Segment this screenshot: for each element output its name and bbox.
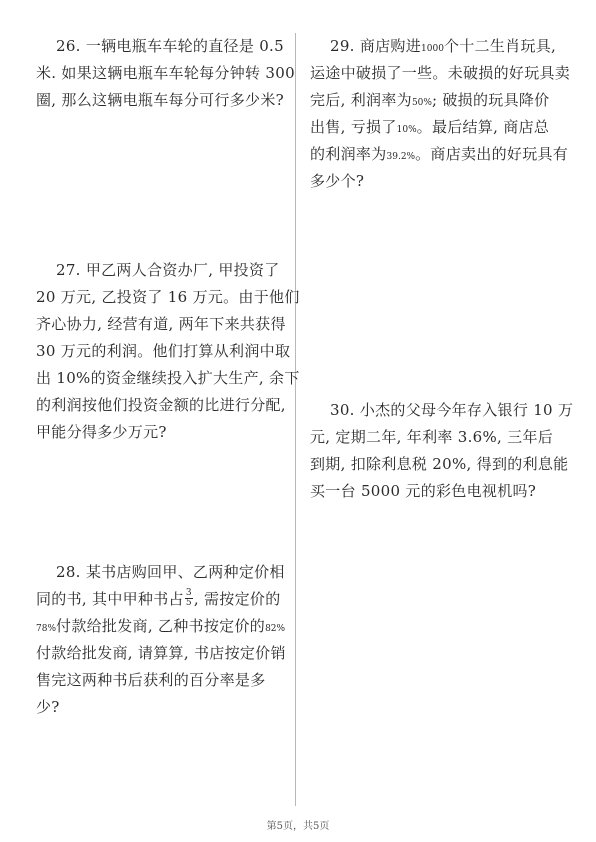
problem-30: 30. 小杰的父母今年存入银行 10 万 元, 定期二年, 年利率 3.6%, … (310, 397, 580, 505)
problem-26-line-3: 圈, 那么这辆电瓶车每分可行多少米? (36, 87, 286, 114)
problem-28-line-3: 78%付款给批发商, 乙种书按定价的82% (36, 613, 286, 640)
problem-26: 26. 一辆电瓶车车轮的直径是 0.5 米. 如果这辆电瓶车车轮每分钟转 300… (36, 33, 286, 114)
percent-82: 82% (265, 624, 285, 634)
problem-27-line-3: 齐心协力, 经营有道, 两年下来共获得 (36, 311, 286, 338)
percent-78: 78% (36, 624, 56, 634)
problem-28-line-2-text-a: 同的书, 其中甲种书占 (36, 590, 184, 608)
fraction-three-fifths: 35 (185, 589, 193, 608)
problem-29-line-3-text-b: ; 破损的玩具降价 (432, 91, 550, 109)
problem-28-line-4: 付款给批发商, 请算算, 书店按定价销 (36, 640, 286, 667)
problem-29-line-4: 出售, 亏损了10%。最后结算, 商店总 (310, 114, 580, 141)
problem-30-line-2: 元, 定期二年, 年利率 3.6%, 三年后 (310, 424, 580, 451)
problem-28-line-5: 售完这两种书后获利的百分率是多 (36, 667, 286, 694)
problem-27-line-6: 的利润按他们投资金额的比进行分配, (36, 392, 286, 419)
problem-29: 29. 商店购进1000个十二生肖玩具, 运途中破损了一些。未破损的好玩具卖 完… (310, 33, 580, 195)
problem-30-line-3: 到期, 扣除利息税 20%, 得到的利息能 (310, 451, 580, 478)
problem-28-line-2: 同的书, 其中甲种书占35, 需按定价的 (36, 586, 286, 613)
problem-29-line-1-text-b: 个十二生肖玩具, (444, 37, 556, 55)
problem-28-line-1: 28. 某书店购回甲、乙两种定价相 (36, 559, 286, 586)
fraction-denominator: 5 (185, 599, 193, 608)
problem-29-line-1: 29. 商店购进1000个十二生肖玩具, (310, 33, 580, 60)
fraction-numerator: 3 (185, 589, 193, 599)
problem-29-line-1-text-a: 29. 商店购进 (330, 37, 421, 55)
problem-29-line-3-text-a: 完后, 利润率为 (310, 91, 412, 109)
problem-29-line-2: 运途中破损了一些。未破损的好玩具卖 (310, 60, 580, 87)
problem-28-line-3-text: 付款给批发商, 乙种书按定价的 (56, 617, 265, 635)
percent-50: 50% (412, 98, 432, 108)
problem-29-line-5: 的利润率为39.2%。商店卖出的好玩具有 (310, 141, 580, 168)
problem-29-line-5-text-a: 的利润率为 (310, 145, 387, 163)
problem-29-line-4-text-b: 。最后结算, 商店总 (417, 118, 550, 136)
quantity-1000: 1000 (421, 44, 444, 54)
problem-30-line-4: 买一台 5000 元的彩色电视机吗? (310, 478, 580, 505)
problem-28: 28. 某书店购回甲、乙两种定价相 同的书, 其中甲种书占35, 需按定价的 7… (36, 559, 286, 721)
page-footer: 第5页，共5页 (0, 817, 596, 832)
problem-27-line-5: 出 10%的资金继续投入扩大生产, 余下 (36, 365, 286, 392)
percent-10: 10% (397, 125, 417, 135)
problem-29-line-6: 多少个? (310, 168, 580, 195)
problem-29-line-5-text-b: 。商店卖出的好玩具有 (415, 145, 568, 163)
problem-29-line-3: 完后, 利润率为50%; 破损的玩具降价 (310, 87, 580, 114)
problem-26-line-2: 米. 如果这辆电瓶车车轮每分钟转 300 (36, 60, 286, 87)
problem-27-line-4: 30 万元的利润。他们打算从利润中取 (36, 338, 286, 365)
problem-29-line-4-text-a: 出售, 亏损了 (310, 118, 397, 136)
problem-27: 27. 甲乙两人合资办厂, 甲投资了 20 万元, 乙投资了 16 万元。由于他… (36, 257, 286, 446)
problem-27-line-2: 20 万元, 乙投资了 16 万元。由于他们 (36, 284, 286, 311)
percent-39-2: 39.2% (387, 152, 416, 162)
problem-27-line-1: 27. 甲乙两人合资办厂, 甲投资了 (36, 257, 286, 284)
problem-27-line-7: 甲能分得多少万元? (36, 419, 286, 446)
problem-28-line-2-text-b: , 需按定价的 (194, 590, 281, 608)
problem-28-line-6: 少? (36, 694, 286, 721)
problem-26-line-1: 26. 一辆电瓶车车轮的直径是 0.5 (36, 33, 286, 60)
column-divider (295, 33, 296, 806)
problem-30-line-1: 30. 小杰的父母今年存入银行 10 万 (310, 397, 580, 424)
